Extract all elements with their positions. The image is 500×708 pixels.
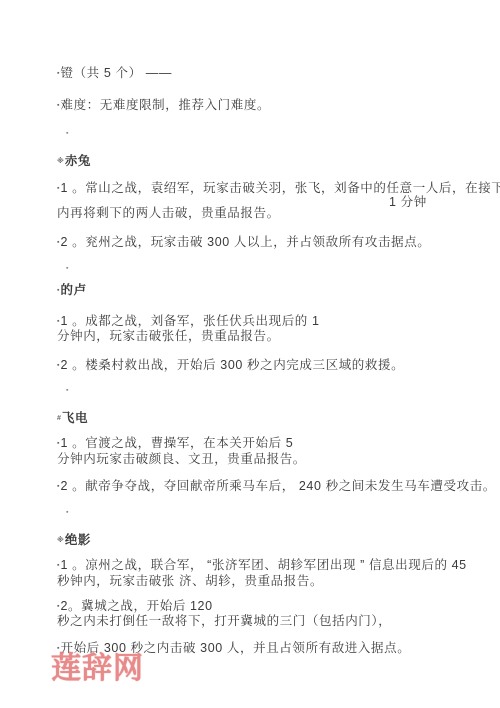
- quest-text: 2 。楼桑村救出战，开始后 300 秒之内完成三区域的救援。: [60, 358, 404, 372]
- watermark-logo: 莲辞网: [51, 652, 144, 686]
- horse-name-feidian: #飞电: [57, 411, 88, 426]
- quest-line-wrap: 分钟内玩家击破颜良、文丑，贵重品报告。: [57, 452, 306, 466]
- horse-name-text: 的卢: [60, 283, 86, 297]
- quest-line: ▪1 。成都之战，刘备军，张任伏兵出现后的 1: [57, 314, 320, 329]
- quest-text: 1 分钟: [389, 195, 427, 209]
- bullet-mark: #: [57, 415, 61, 422]
- difficulty-text: 难度：无难度限制，推荐入门难度。: [60, 98, 270, 112]
- quest-text: 内再将剩下的两人击破，贵重品报告。: [57, 206, 280, 220]
- horse-name-text: 飞电: [62, 411, 88, 425]
- quest-line-wrap: 分钟内，玩家击破张任，贵重品报告。: [57, 329, 280, 343]
- quest-text: 分钟内，玩家击破张任，贵重品报告。: [57, 329, 280, 343]
- quest-text: 秒之内未打倒任一敌将下，打开冀城的三门（包括内门），: [57, 614, 391, 628]
- quest-text: 1 。官渡之战，曹操军，在本关开始后 5: [60, 436, 293, 450]
- heading-line: ▪镫（共 5 个） ——: [57, 66, 172, 81]
- section-separator-mark: ▪: [66, 509, 68, 517]
- quest-text: 2 。献帝争夺战，夺回献帝所乘马车后， 240 秒之间未发生马车遭受攻击。: [60, 479, 495, 493]
- quest-text: 分钟内玩家击破颜良、文丑，贵重品报告。: [57, 452, 306, 466]
- quest-text: 1 。凉州之战，联合军， “张济军团、胡轸军团出现 ” 信息出现后的 45: [60, 558, 466, 572]
- section-separator-mark: ▪: [66, 265, 68, 273]
- quest-line-wrap: 秒之内未打倒任一敌将下，打开冀城的三门（包括内门），: [57, 614, 391, 628]
- horse-name-chitu: ※赤兔: [57, 154, 91, 169]
- quest-line: ▪1 。官渡之战，曹操军，在本关开始后 5: [57, 436, 293, 451]
- quest-line: ▪2 。楼桑村救出战，开始后 300 秒之内完成三区域的救援。: [57, 358, 404, 373]
- difficulty-line: ▪难度：无难度限制，推荐入门难度。: [57, 98, 270, 113]
- quest-line-wrap: 秒钟内，玩家击破张 济、胡轸，贵重品报告。: [57, 574, 323, 588]
- horse-name-text: 绝影: [65, 533, 91, 547]
- section-separator-mark: ▪: [66, 130, 68, 138]
- horse-name-text: 赤兔: [65, 154, 91, 168]
- document-page: { "page": { "background": "#ffffff", "te…: [0, 0, 500, 708]
- bullet-mark: ※: [57, 537, 64, 544]
- quest-text: 2 。兖州之战，玩家击破 300 人以上，并占领敌所有攻击据点。: [60, 235, 430, 249]
- quest-line-wrap: 内再将剩下的两人击破，贵重品报告。: [57, 206, 280, 220]
- quest-text: 1 。常山之战，袁绍军，玩家击破关羽，张飞，刘备中的任意一人后，在接下来的: [60, 181, 500, 195]
- quest-text: 秒钟内，玩家击破张 济、胡轸，贵重品报告。: [57, 574, 323, 588]
- horse-name-jueying: ※绝影: [57, 533, 91, 548]
- horse-name-dilu: ▪的卢: [57, 283, 87, 298]
- quest-line: ▪2 。献帝争夺战，夺回献帝所乘马车后， 240 秒之间未发生马车遭受攻击。: [57, 479, 496, 494]
- section-separator-mark: ▪: [66, 387, 68, 395]
- quest-text: 2。冀城之战，开始后 120: [60, 599, 212, 613]
- quest-line: ▪2。冀城之战，开始后 120: [57, 599, 213, 614]
- quest-line: ▪1 。凉州之战，联合军， “张济军团、胡轸军团出现 ” 信息出现后的 45: [57, 558, 467, 573]
- quest-line: ▪1 。常山之战，袁绍军，玩家击破关羽，张飞，刘备中的任意一人后，在接下来的: [57, 181, 500, 196]
- quest-line: ▪2 。兖州之战，玩家击破 300 人以上，并占领敌所有攻击据点。: [57, 235, 430, 250]
- quest-text: 1 。成都之战，刘备军，张任伏兵出现后的 1: [60, 314, 319, 328]
- bullet-mark: ※: [57, 158, 64, 165]
- quest-line-wrap: 1 分钟: [389, 195, 427, 209]
- page-title: 镫（共 5 个） ——: [60, 66, 171, 80]
